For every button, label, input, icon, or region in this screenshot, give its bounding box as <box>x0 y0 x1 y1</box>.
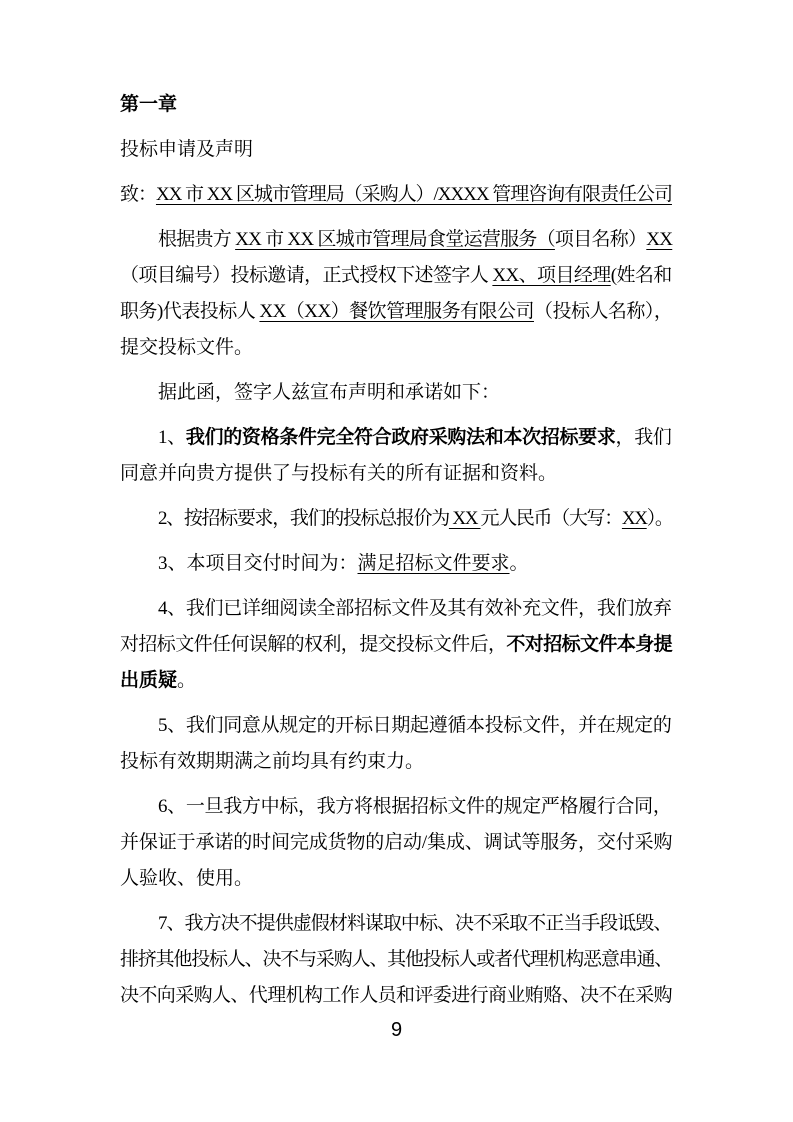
text-line: 人验收、使用。 <box>120 861 672 897</box>
text-line: 4、我们已详细阅读全部招标文件及其有效补充文件，我们放弃 <box>120 591 672 627</box>
text-line: 2、按招标要求，我们的投标总报价为 XX 元人民币（大写：XX）。 <box>120 501 672 537</box>
chapter-heading: 第一章 <box>120 87 672 123</box>
text-line: 出质疑。 <box>120 663 672 699</box>
page-number: 9 <box>391 1019 402 1041</box>
text-line: 并保证于承诺的时间完成货物的启动/集成、调试等服务，交付采购 <box>120 825 672 861</box>
document-title: 投标申请及声明 <box>120 132 672 168</box>
text-line: 同意并向贵方提供了与投标有关的所有证据和资料。 <box>120 456 672 492</box>
text-segment: (姓名和 <box>611 265 672 286</box>
text-segment: 据此函，签字人兹宣布声明和承诺如下： <box>158 382 500 403</box>
text-line: 根据贵方 XX 市 XX 区城市管理局食堂运营服务（项目名称）XX <box>120 222 672 258</box>
chapter-heading-paragraph: 第一章 <box>120 87 672 123</box>
text-segment: 职务)代表投标人 <box>120 301 259 322</box>
text-segment: 不对招标文件本身提 <box>506 634 672 655</box>
text-segment: 人验收、使用。 <box>120 868 253 889</box>
text-segment: 对招标文件任何误解的权利，提交投标文件后， <box>120 634 506 655</box>
paragraph-authorization: 根据贵方 XX 市 XX 区城市管理局食堂运营服务（项目名称）XX（项目编号）投… <box>120 222 672 366</box>
fill-in-blank-text: 满足招标文件要求 <box>358 553 510 574</box>
text-segment: ）。 <box>647 508 673 529</box>
paragraph-item-1: 1、我们的资格条件完全符合政府采购法和本次招标要求，我们同意并向贵方提供了与投标… <box>120 420 672 492</box>
text-line: （项目编号）投标邀请，正式授权下述签字人 XX、项目经理(姓名和 <box>120 258 672 294</box>
paragraph-item-2: 2、按招标要求，我们的投标总报价为 XX 元人民币（大写：XX）。 <box>120 501 672 537</box>
fill-in-blank-text: XX 市 XX 区城市管理局（采购人）/XXXX 管理咨询有限责任公司 <box>156 184 672 205</box>
document-title-paragraph: 投标申请及声明 <box>120 132 672 168</box>
paragraph-item-3: 3、本项目交付时间为：满足招标文件要求。 <box>120 546 672 582</box>
text-segment: 1、 <box>158 427 186 448</box>
text-segment: 5、我们同意从规定的开标日期起遵循本投标文件，并在规定的 <box>158 715 672 736</box>
fill-in-blank-text: XX、项目经理 <box>492 265 610 286</box>
fill-in-blank-text: XX <box>646 229 672 250</box>
text-segment: 。 <box>177 670 196 691</box>
text-line: 排挤其他投标人、决不与采购人、其他投标人或者代理机构恶意串通、 <box>120 942 672 978</box>
paragraph-item-5: 5、我们同意从规定的开标日期起遵循本投标文件，并在规定的投标有效期期满之前均具有… <box>120 708 672 780</box>
text-line: 6、一旦我方中标，我方将根据招标文件的规定严格履行合同， <box>120 789 672 825</box>
text-segment: 投标有效期期满之前均具有约束力。 <box>120 751 424 772</box>
text-segment: 并保证于承诺的时间完成货物的启动/集成、调试等服务，交付采购 <box>120 832 672 853</box>
document-body: 第一章 投标申请及声明 致：XX 市 XX 区城市管理局（采购人）/XXXX 管… <box>120 87 672 1014</box>
fill-in-blank-text: XX 市 XX 区城市管理局食堂运营服务（ <box>235 229 555 250</box>
text-segment: 3、本项目交付时间为： <box>158 553 358 574</box>
text-line: 提交投标文件。 <box>120 330 672 366</box>
text-segment: 7、我方决不提供虚假材料谋取中标、决不采取不正当手段诋毁、 <box>158 913 671 934</box>
text-segment: （项目编号）投标邀请，正式授权下述签字人 <box>120 265 492 286</box>
text-line: 5、我们同意从规定的开标日期起遵循本投标文件，并在规定的 <box>120 708 672 744</box>
fill-in-blank-text: XX（XX）餐饮管理服务有限公司 <box>259 301 534 322</box>
document-page: 第一章 投标申请及声明 致：XX 市 XX 区城市管理局（采购人）/XXXX 管… <box>0 0 793 1122</box>
text-line: 投标有效期期满之前均具有约束力。 <box>120 744 672 780</box>
fill-in-blank-text: XX <box>449 508 481 529</box>
text-line: 据此函，签字人兹宣布声明和承诺如下： <box>120 375 672 411</box>
text-segment: 我们的资格条件完全符合政府采购法和本次招标要求 <box>186 427 616 448</box>
text-line: 决不向采购人、代理机构工作人员和评委进行商业贿赂、决不在采购 <box>120 978 672 1014</box>
text-segment: （投标人名称）， <box>534 301 672 322</box>
text-segment: 2、按招标要求，我们的投标总报价为 <box>158 508 449 529</box>
text-segment: 决不向采购人、代理机构工作人员和评委进行商业贿赂、决不在采购 <box>120 985 672 1006</box>
text-line: 职务)代表投标人 XX（XX）餐饮管理服务有限公司（投标人名称）， <box>120 294 672 330</box>
text-segment: ，我们 <box>616 427 672 448</box>
fill-in-blank-text: XX <box>622 508 647 529</box>
text-segment: 4、我们已详细阅读全部招标文件及其有效补充文件，我们放弃 <box>158 598 672 619</box>
paragraph-item-4: 4、我们已详细阅读全部招标文件及其有效补充文件，我们放弃对招标文件任何误解的权利… <box>120 591 672 699</box>
text-segment: 排挤其他投标人、决不与采购人、其他投标人或者代理机构恶意串通、 <box>120 949 672 970</box>
text-segment: 6、一旦我方中标，我方将根据招标文件的规定严格履行合同， <box>158 796 672 817</box>
text-line: 7、我方决不提供虚假材料谋取中标、决不采取不正当手段诋毁、 <box>120 906 672 942</box>
text-segment: 项目名称） <box>555 229 646 250</box>
text-line: 致：XX 市 XX 区城市管理局（采购人）/XXXX 管理咨询有限责任公司 <box>120 177 672 213</box>
paragraph-declaration-intro: 据此函，签字人兹宣布声明和承诺如下： <box>120 375 672 411</box>
text-segment: 提交投标文件。 <box>120 337 253 358</box>
page-footer: 9 <box>0 1017 793 1043</box>
text-line: 对招标文件任何误解的权利，提交投标文件后，不对招标文件本身提 <box>120 627 672 663</box>
paragraph-salutation: 致：XX 市 XX 区城市管理局（采购人）/XXXX 管理咨询有限责任公司 <box>120 177 672 213</box>
text-segment: 根据贵方 <box>158 229 235 250</box>
text-segment: 元人民币（大写： <box>481 508 622 529</box>
paragraph-item-6: 6、一旦我方中标，我方将根据招标文件的规定严格履行合同，并保证于承诺的时间完成货… <box>120 789 672 897</box>
text-line: 3、本项目交付时间为：满足招标文件要求。 <box>120 546 672 582</box>
text-segment: 出质疑 <box>120 670 177 691</box>
text-segment: 。 <box>510 553 529 574</box>
text-segment: 致： <box>120 184 156 205</box>
paragraph-item-7: 7、我方决不提供虚假材料谋取中标、决不采取不正当手段诋毁、排挤其他投标人、决不与… <box>120 906 672 1014</box>
text-line: 1、我们的资格条件完全符合政府采购法和本次招标要求，我们 <box>120 420 672 456</box>
text-segment: 同意并向贵方提供了与投标有关的所有证据和资料。 <box>120 463 557 484</box>
